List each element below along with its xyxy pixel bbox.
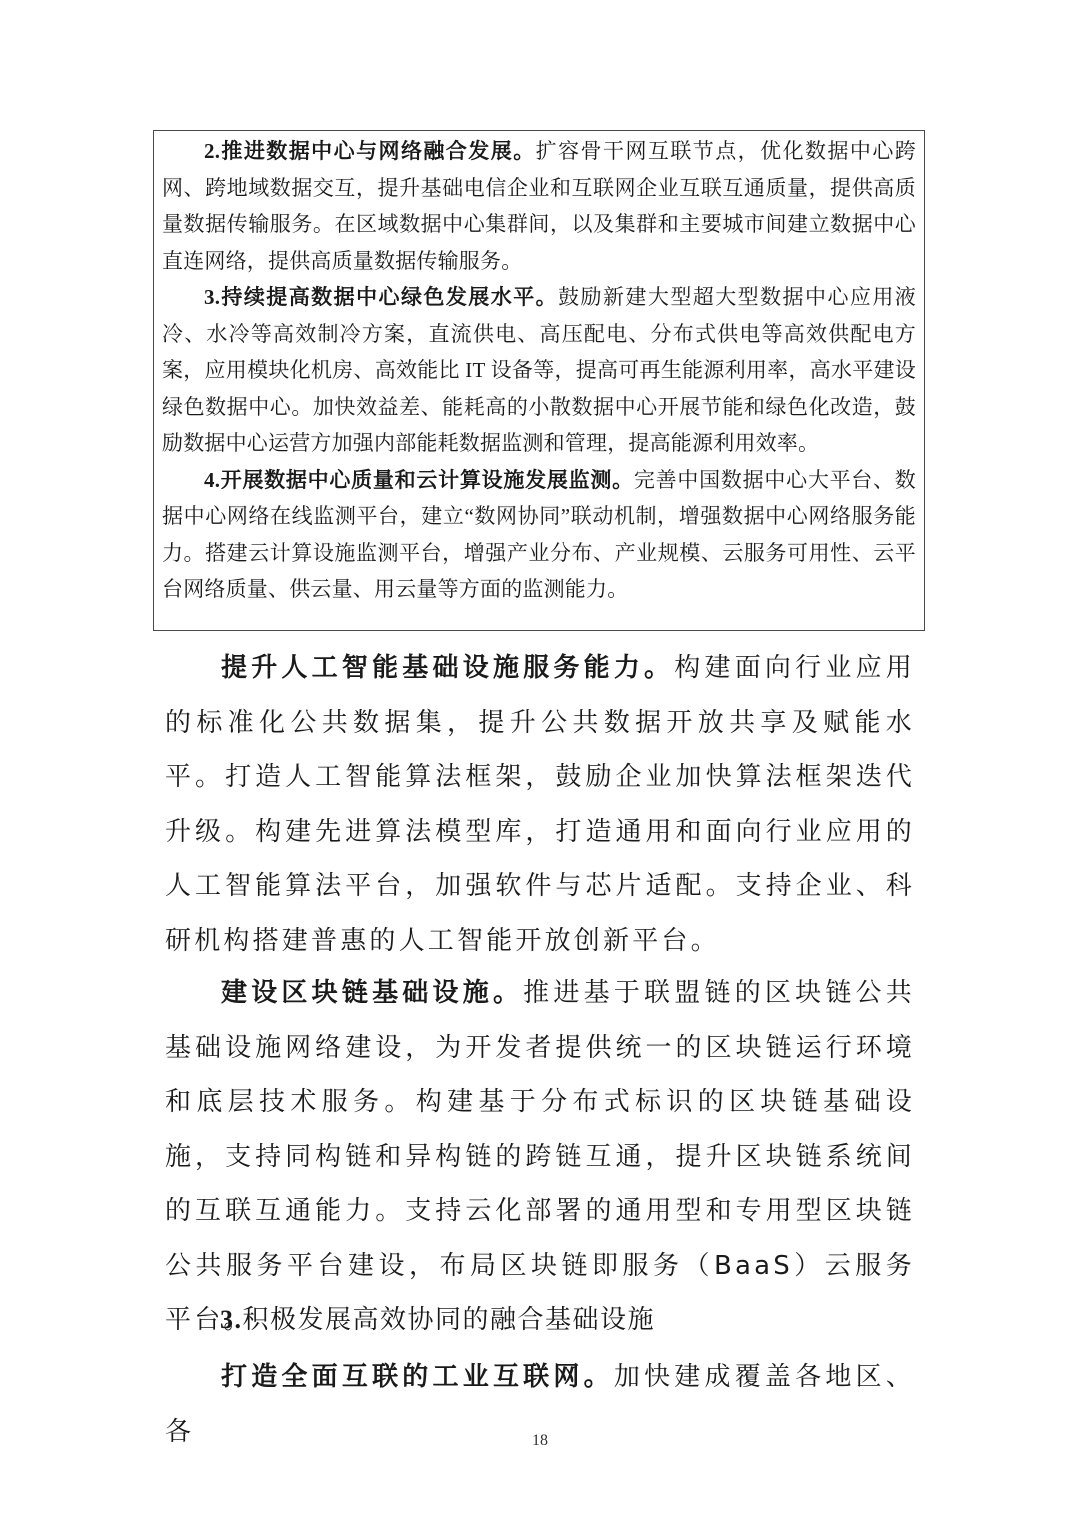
box-item-title: 2.推进数据中心与网络融合发展。	[204, 139, 536, 163]
boxed-text-panel: 2.推进数据中心与网络融合发展。扩容骨干网互联节点，优化数据中心跨网、跨地域数据…	[153, 130, 925, 631]
box-item-title: 4.开展数据中心质量和云计算设施发展监测。	[204, 468, 634, 492]
box-item-data-network-integration: 2.推进数据中心与网络融合发展。扩容骨干网互联节点，优化数据中心跨网、跨地域数据…	[162, 133, 916, 279]
box-item-text: 鼓励新建大型超大型数据中心应用液冷、水冷等高效制冷方案，直流供电、高压配电、分布…	[162, 285, 916, 455]
section-heading: 3.积极发展高效协同的融合基础设施	[220, 1298, 655, 1342]
page-number: 18	[0, 1432, 1080, 1450]
paragraph-title: 建设区块链基础设施。	[221, 978, 523, 1008]
paragraph-title: 提升人工智能基础设施服务能力。	[221, 653, 674, 683]
box-item-green-development: 3.持续提高数据中心绿色发展水平。鼓励新建大型超大型数据中心应用液冷、水冷等高效…	[162, 279, 916, 462]
box-item-title: 3.持续提高数据中心绿色发展水平。	[204, 285, 558, 309]
box-item-monitoring: 4.开展数据中心质量和云计算设施发展监测。完善中国数据中心大平台、数据中心网络在…	[162, 462, 916, 608]
section-number: 3.	[220, 1305, 243, 1334]
paragraph-text: 构建面向行业应用的标准化公共数据集，提升公共数据开放共享及赋能水平。打造人工智能…	[165, 653, 915, 956]
section-title: 积极发展高效协同的融合基础设施	[243, 1305, 656, 1335]
paragraph-title: 打造全面互联的工业互联网。	[221, 1362, 614, 1392]
paragraph-blockchain-infrastructure: 建设区块链基础设施。推进基于联盟链的区块链公共基础设施网络建设，为开发者提供统一…	[165, 966, 915, 1348]
paragraph-ai-infrastructure: 提升人工智能基础设施服务能力。构建面向行业应用的标准化公共数据集，提升公共数据开…	[165, 641, 915, 968]
paragraph-text: 推进基于联盟链的区块链公共基础设施网络建设，为开发者提供统一的区块链运行环境和底…	[165, 978, 915, 1335]
